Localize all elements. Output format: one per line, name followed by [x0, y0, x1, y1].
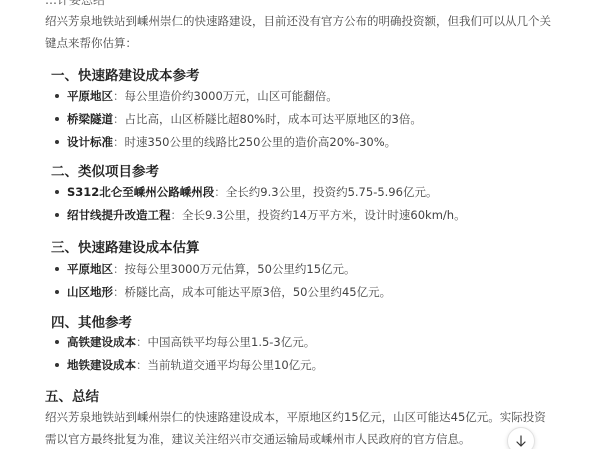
- bullet-icon: [55, 190, 59, 194]
- bullet-icon: [55, 363, 59, 367]
- list-item: 设计标准：时速350公里的线路比250公里的造价高20%-30%。: [55, 134, 396, 150]
- section-heading-5: 五、总结: [45, 385, 99, 405]
- list-item: 绍甘线提升改造工程：全长9.3公里，投资约14万平方米，设计时速60km/h。: [55, 207, 466, 223]
- section-heading-1: 一、快速路建设成本参考: [51, 64, 200, 84]
- list-item: S312北仑至嵊州公路嵊州段：全长约9.3公里，投资约5.75-5.96亿元。: [55, 184, 437, 200]
- bullet-icon: [55, 140, 59, 144]
- bullet-icon: [55, 117, 59, 121]
- clipped-previous-line: …计要总结: [45, 0, 105, 8]
- section-heading-2: 二、类似项目参考: [51, 160, 159, 180]
- bullet-icon: [55, 340, 59, 344]
- summary-paragraph: 绍兴芳泉地铁站到嵊州崇仁的快速路建设成本，平原地区约15亿元，山区可能达45亿元…: [45, 406, 555, 449]
- list-item: 平原地区：每公里造价约3000万元，山区可能翻倍。: [55, 88, 338, 104]
- section-heading-4: 四、其他参考: [51, 311, 132, 331]
- list-item: 桥梁隧道：占比高，山区桥隧比超80%时，成本可达平原地区的3倍。: [55, 111, 422, 127]
- list-item: 地铁建设成本：当前轨道交通平均每公里10亿元。: [55, 357, 323, 373]
- list-item: 山区地形：桥隧比高，成本可能达平原3倍，50公里约45亿元。: [55, 284, 391, 300]
- bullet-icon: [55, 267, 59, 271]
- bullet-icon: [55, 290, 59, 294]
- section-heading-3: 三、快速路建设成本估算: [51, 236, 200, 256]
- scroll-to-bottom-button[interactable]: [507, 427, 535, 449]
- list-item: 高铁建设成本：中国高铁平均每公里1.5-3亿元。: [55, 334, 315, 350]
- list-item: 平原地区：按每公里3000万元估算，50公里约15亿元。: [55, 261, 356, 277]
- arrow-down-icon: [515, 435, 527, 447]
- intro-paragraph: 绍兴芳泉地铁站到嵊州崇仁的快速路建设，目前还没有官方公布的明确投资额，但我们可以…: [45, 10, 555, 54]
- bullet-icon: [55, 94, 59, 98]
- bullet-icon: [55, 213, 59, 217]
